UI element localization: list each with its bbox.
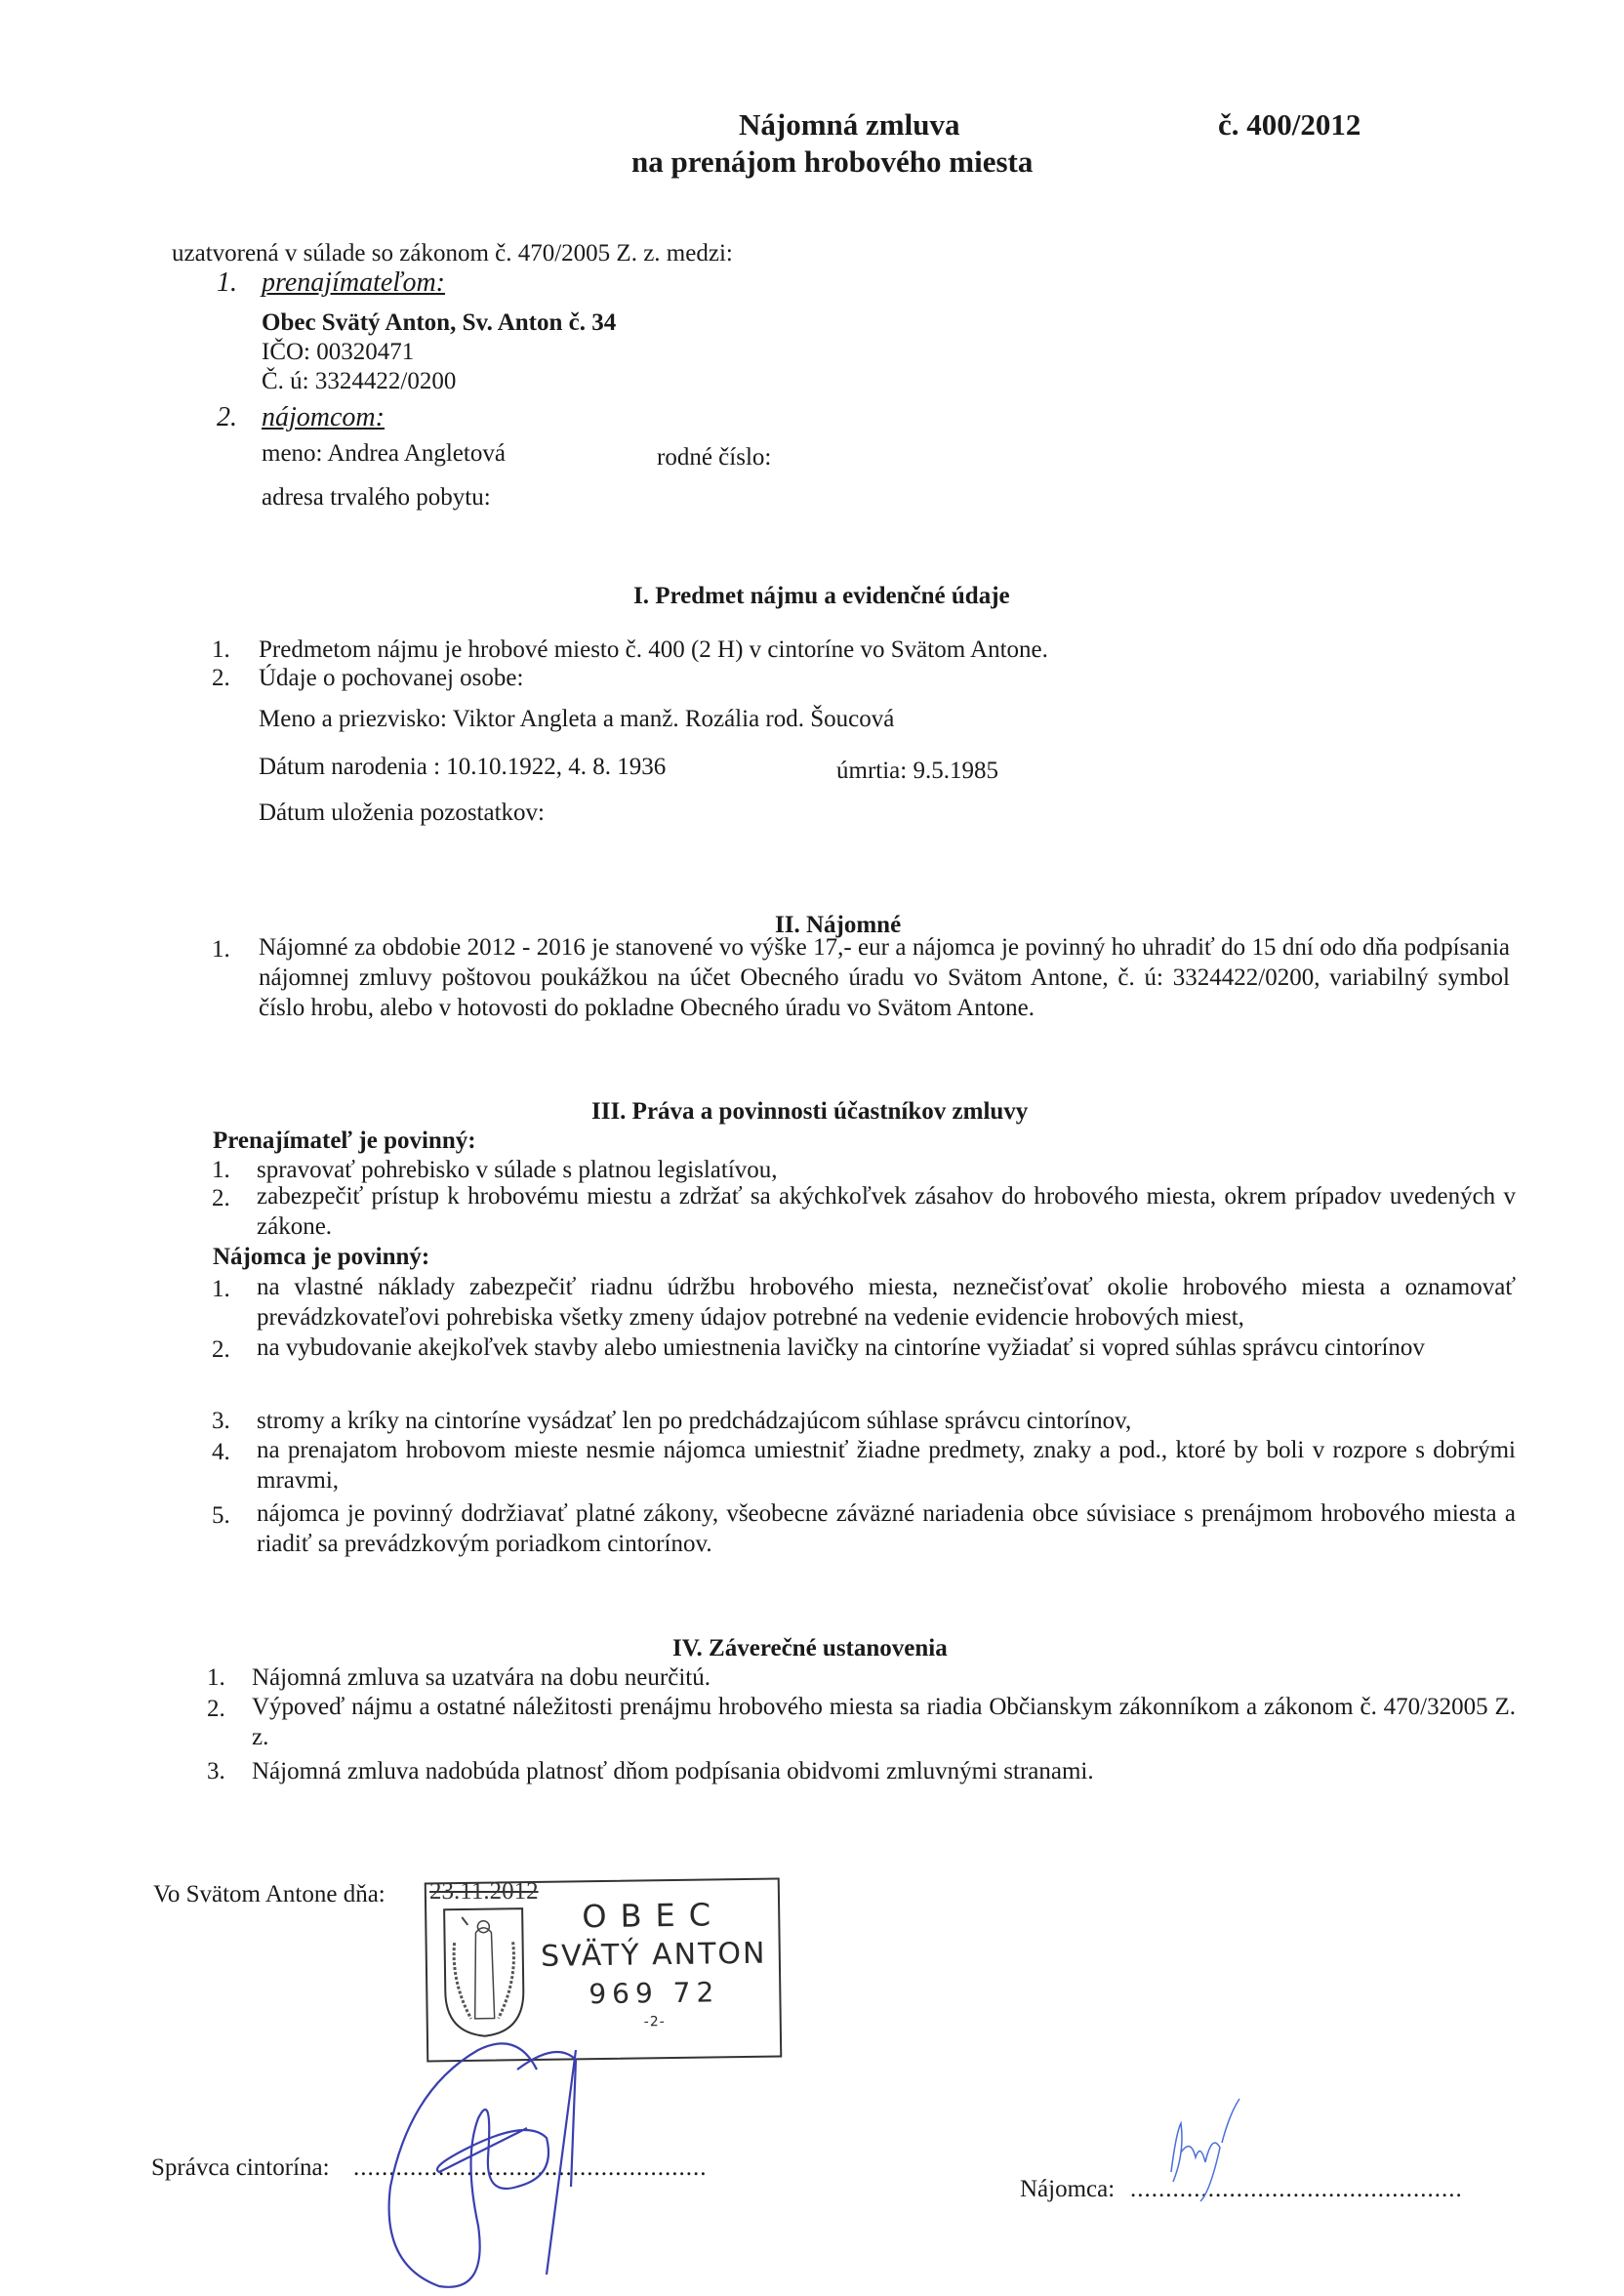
list-item: Údaje o pochovanej osobe: [259,666,523,690]
lessor-label: prenajímateľom: [262,269,445,297]
stamp-line-4: -2- [538,2013,772,2031]
document-subtitle: na prenájom hrobového miesta [631,146,1033,177]
lessee-name: meno: Andrea Angletová [262,441,506,466]
list-item: Predmetom nájmu je hrobové miesto č. 400… [259,637,1048,662]
administrator-signature [371,2030,683,2296]
lessor-ico: IČO: 00320471 [262,340,414,364]
intro-text: uzatvorená v súlade so zákonom č. 470/20… [172,241,733,266]
signing-place-label: Vo Svätom Antone dňa: [153,1882,386,1906]
list-number: 1. [207,1665,225,1690]
list-number: 2. [207,1697,225,1721]
list-number: 4. [212,1440,230,1464]
section-3-heading: III. Práva a povinnosti účastníkov zmluv… [591,1099,1028,1124]
party-number: 2. [217,404,237,431]
list-item: zabezpečiť prístup k hrobovému miestu a … [257,1181,1516,1242]
lessee-signature-label: Nájomca: [1020,2177,1115,2201]
birth-number-label: rodné číslo: [657,445,771,470]
lessee-label: nájomcom: [262,404,385,431]
administrator-label: Správca cintorína: [151,2155,330,2180]
document-title: Nájomná zmluva [739,109,959,140]
list-number: 2. [212,1186,230,1210]
list-number: 1. [212,1277,230,1301]
address-label: adresa trvalého pobytu: [262,485,491,510]
lessor-name: Obec Svätý Anton, Sv. Anton č. 34 [262,310,616,335]
lessee-signature [1152,2094,1249,2211]
list-item: nájomca je povinný dodržiavať platné zák… [257,1498,1516,1559]
list-number: 1. [212,637,230,662]
list-number: 3. [207,1759,225,1783]
list-number: 2. [212,666,230,690]
list-item: stromy a kríky na cintoríne vysádzať len… [257,1409,1131,1433]
section-4-heading: IV. Záverečné ustanovenia [672,1636,948,1660]
section-1-heading: I. Predmet nájmu a evidenčné údaje [633,584,1010,608]
list-item: Výpoveď nájmu a ostatné náležitosti pren… [252,1692,1516,1752]
lessee-duties-heading: Nájomca je povinný: [213,1245,429,1269]
list-item: na vybudovanie akejkoľvek stavby alebo u… [257,1332,1516,1363]
list-number: 2. [212,1337,230,1362]
stamp-line-1: OBEC [536,1896,771,1936]
list-item: na vlastné náklady zabezpečiť riadnu údr… [257,1272,1516,1332]
list-item: Nájomná zmluva nadobúda platnosť dňom po… [252,1759,1094,1783]
burial-date-label: Dátum uloženia pozostatkov: [259,800,545,825]
death-date: úmrtia: 9.5.1985 [836,758,998,783]
list-number: 1. [212,1158,230,1182]
list-item: Nájomné za obdobie 2012 - 2016 je stanov… [259,932,1510,1023]
list-item: na prenajatom hrobovom mieste nesmie náj… [257,1435,1516,1496]
party-number: 1. [217,269,237,297]
list-number: 5. [212,1503,230,1528]
stamp-line-3: 969 72 [537,1976,771,2011]
list-item: spravovať pohrebisko v súlade s platnou … [257,1158,778,1182]
list-item: Nájomná zmluva sa uzatvára na dobu neurč… [252,1665,710,1690]
list-number: 1. [212,937,230,962]
coat-of-arms-icon [440,1903,528,2040]
lessor-duties-heading: Prenajímateľ je povinný: [213,1128,476,1153]
contract-number: č. 400/2012 [1218,109,1360,140]
lessor-account: Č. ú: 3324422/0200 [262,369,456,393]
list-number: 3. [212,1409,230,1433]
birth-dates: Dátum narodenia : 10.10.1922, 4. 8. 1936 [259,755,666,779]
deceased-name: Meno a priezvisko: Viktor Angleta a manž… [259,707,894,731]
stamp-line-2: SVÄTÝ ANTON [537,1937,771,1974]
